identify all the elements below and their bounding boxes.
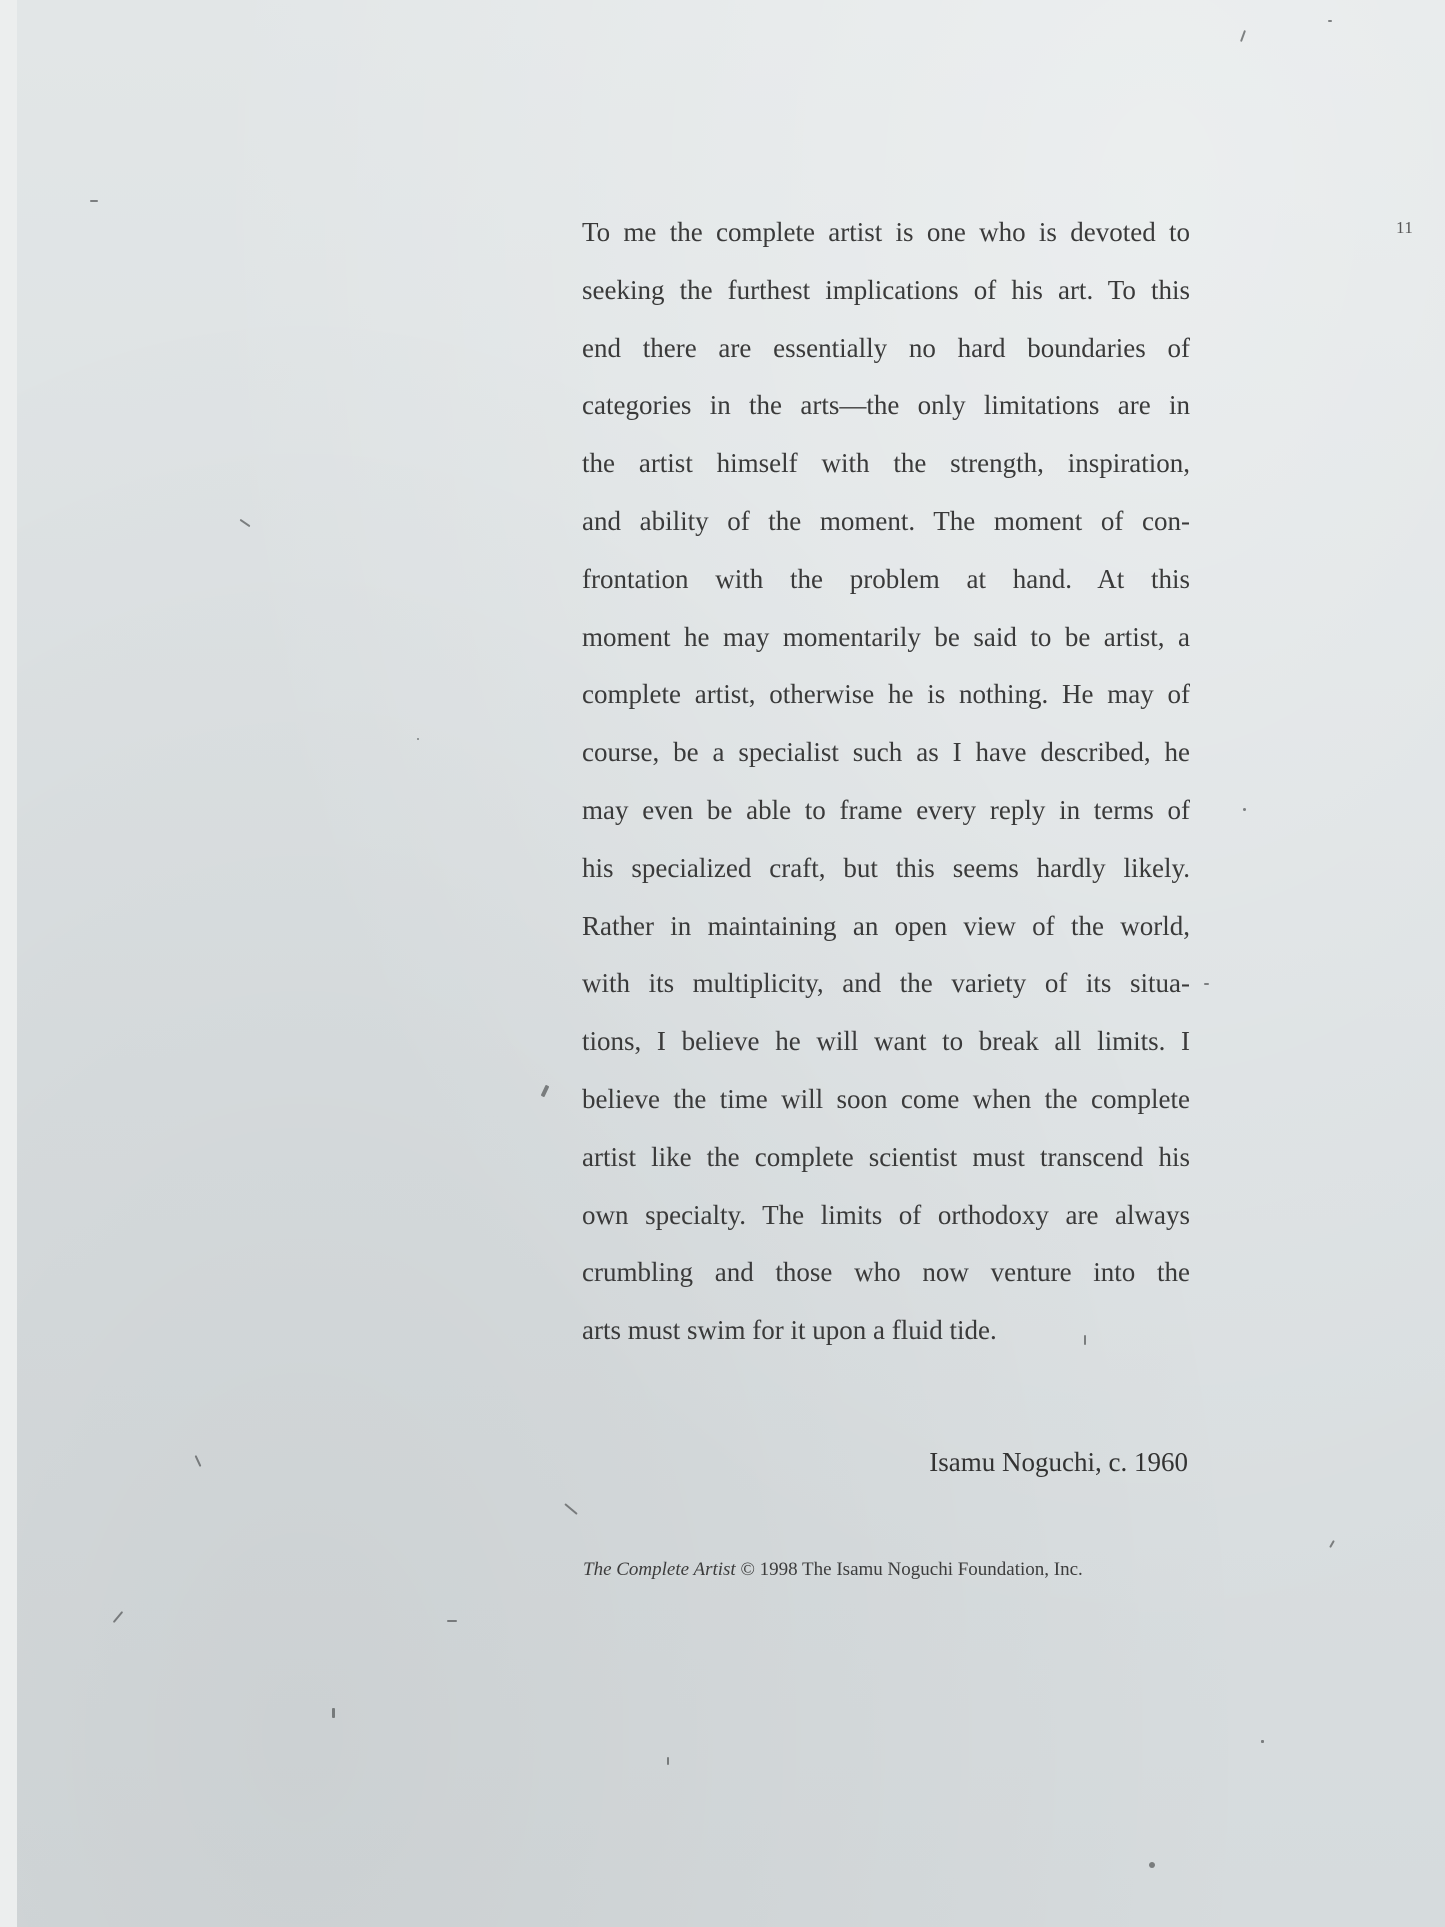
paper-fleck (1328, 20, 1332, 22)
paper-fleck (1261, 1740, 1264, 1743)
paper-fleck (1240, 30, 1246, 42)
essay-line: own specialty. The limits of orthodoxy a… (582, 1187, 1190, 1245)
essay-line: believe the time will soon come when the… (582, 1071, 1190, 1129)
copyright-text: © 1998 The Isamu Noguchi Foundation, Inc… (736, 1559, 1083, 1580)
work-title: The Complete Artist (583, 1559, 736, 1580)
paper-fleck (417, 738, 419, 740)
essay-line: and ability of the moment. The moment of… (582, 493, 1190, 551)
essay-body: To me the complete artist is one who is … (582, 204, 1190, 1360)
essay-line: frontation with the problem at hand. At … (582, 551, 1190, 609)
author-signature: Isamu Noguchi, c. 1960 (860, 1447, 1188, 1478)
essay-line: arts must swim for it upon a fluid tide. (582, 1302, 1190, 1360)
paper-fleck (1329, 1540, 1335, 1548)
paper-fleck (195, 1455, 202, 1467)
essay-line: may even be able to frame every reply in… (582, 782, 1190, 840)
essay-line: categories in the arts—the only limitati… (582, 377, 1190, 435)
paper-fleck (1243, 808, 1246, 811)
essay-line: with its multiplicity, and the variety o… (582, 955, 1190, 1013)
essay-line: course, be a specialist such as I have d… (582, 724, 1190, 782)
essay-line: To me the complete artist is one who is … (582, 204, 1190, 262)
paper-fleck (90, 200, 98, 202)
paper-fleck (564, 1503, 578, 1515)
paper-fleck (240, 519, 251, 528)
copyright-notice: The Complete Artist © 1998 The Isamu Nog… (583, 1559, 1083, 1581)
page-number: 11 (1396, 218, 1413, 238)
essay-line: Rather in maintaining an open view of th… (582, 898, 1190, 956)
paper-fleck (113, 1611, 124, 1623)
essay-line: crumbling and those who now venture into… (582, 1244, 1190, 1302)
paper-fleck (447, 1620, 457, 1622)
page-edge-strip (0, 0, 17, 1927)
essay-line: end there are essentially no hard bounda… (582, 320, 1190, 378)
essay-line: moment he may momentarily be said to be … (582, 609, 1190, 667)
essay-line: seeking the furthest implications of his… (582, 262, 1190, 320)
essay-line: artist like the complete scientist must … (582, 1129, 1190, 1187)
paper-fleck (1204, 983, 1209, 985)
paper-fleck (1149, 1862, 1155, 1868)
essay-line: the artist himself with the strength, in… (582, 435, 1190, 493)
paper-fleck (332, 1708, 335, 1718)
paper-fleck (667, 1757, 669, 1765)
essay-line: his specialized craft, but this seems ha… (582, 840, 1190, 898)
essay-line: tions, I believe he will want to break a… (582, 1013, 1190, 1071)
essay-line: complete artist, otherwise he is nothing… (582, 666, 1190, 724)
paper-fleck (541, 1085, 550, 1098)
